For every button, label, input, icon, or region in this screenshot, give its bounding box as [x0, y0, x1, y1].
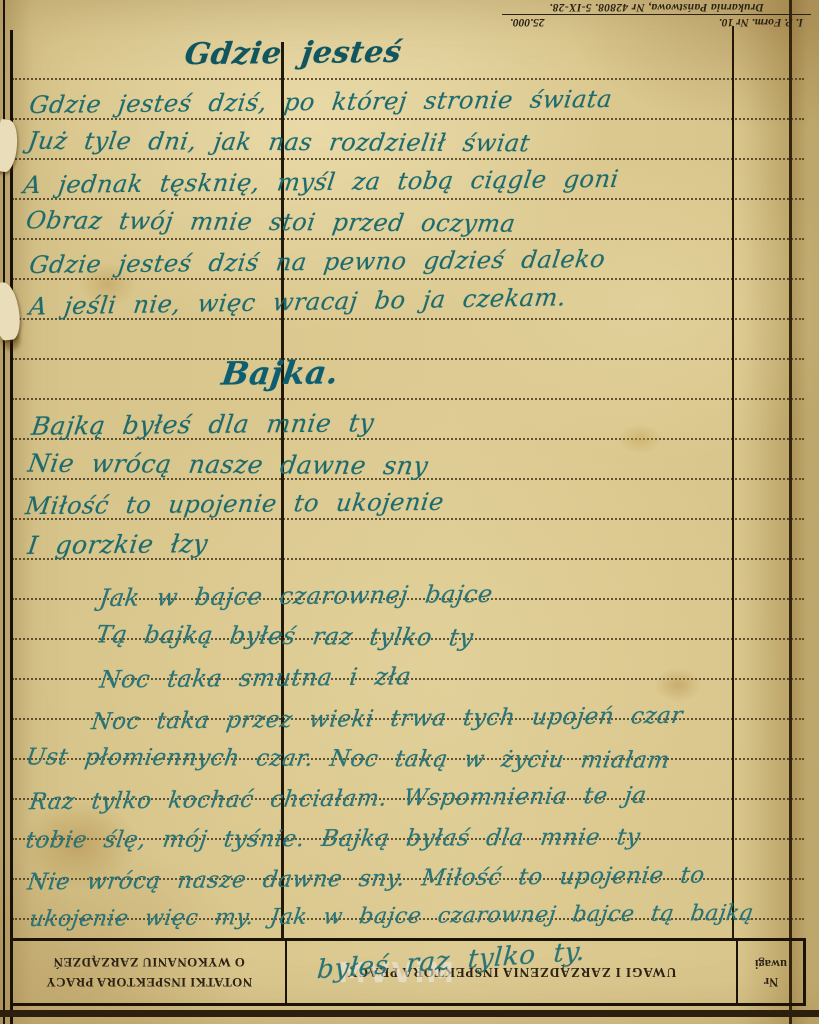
- poem-line: Ust płomiennych czar. Noc taką w życiu m…: [24, 744, 671, 773]
- poem-line: I gorzkie łzy: [26, 529, 210, 560]
- poem-line: Gdzie jesteś dziś na pewno gdzieś daleko: [28, 245, 607, 279]
- poem-line: A jednak tęsknię, myśl za tobą ciągle go…: [22, 165, 621, 199]
- poem-line: Gdzie jesteś dziś, po której stronie świ…: [28, 85, 614, 119]
- ruled-line: [12, 78, 804, 80]
- poem-line: Miłość to upojenie to ukojenie: [24, 488, 446, 520]
- form-col-notes: NOTATKI INSPEKTORA PRACY O WYKONANIU ZAR…: [13, 941, 285, 1003]
- poem-line: ukojenie więc my. Jak w bajce czarownej …: [28, 901, 755, 932]
- poem-line: tobie ślę, mój tyśnie. Bajką byłaś dla m…: [24, 824, 642, 853]
- paper-stain: [655, 668, 701, 702]
- poem-line: Noc taka smutna i zła: [98, 662, 413, 693]
- poem-line: Już tyle dni, jak nas rozdzielił świat: [26, 127, 532, 158]
- poem-title-gdzie-jestes: Gdzie jesteś: [183, 35, 404, 72]
- imprint-divider: [502, 14, 811, 15]
- notebook-page-scan: I. P. Form. Nr 10. 25.000. Drukarnia Pań…: [0, 0, 819, 1024]
- ruled-line: [12, 358, 804, 360]
- poem-line: Tą bajką byłeś raz tylko ty: [94, 620, 475, 651]
- nr-col-label-line2: uwagi: [755, 955, 787, 973]
- ruled-line: [12, 158, 804, 160]
- poem-line: A jeśli nie, więc wracaj bo ja czekam.: [28, 283, 568, 320]
- page-edge-shade: [792, 0, 819, 1024]
- poem-line: Raz tylko kochać chciałam. Wspomnienia t…: [28, 783, 648, 815]
- poem-line: Nie wrócą nasze dawne sny: [26, 449, 430, 481]
- binding-inner-line: [10, 30, 13, 1024]
- ruled-line: [12, 198, 804, 200]
- poem-line: Nie wrócą nasze dawne sny. Miłość to upo…: [26, 862, 706, 895]
- ruled-line: [12, 118, 804, 120]
- ruled-line: [12, 278, 804, 280]
- page-bottom-edge: [0, 1010, 819, 1017]
- ruled-line: [12, 398, 804, 400]
- page-edge-line: [789, 0, 792, 1024]
- torn-paper-scrap: [0, 119, 21, 173]
- torn-paper-scrap: [0, 281, 22, 341]
- printer-imprint: I. P. Form. Nr 10. 25.000. Drukarnia Pań…: [500, 1, 813, 28]
- vertical-rule-right: [732, 26, 734, 938]
- poem-line: Jak w bajce czarownej bajce: [98, 580, 495, 612]
- notes-col-label-line2: O WYKONANIU ZARZĄDZEŃ: [46, 953, 252, 973]
- form-number: I. P. Form. Nr 10.: [719, 16, 803, 28]
- printer-name: Drukarnia Państwowa, Nr 42808. 5-IX-28.: [500, 1, 813, 13]
- notes-col-label-line1: NOTATKI INSPEKTORA PRACY: [46, 972, 252, 992]
- ruled-line: [12, 238, 804, 240]
- form-col-nr: Nr uwagi: [738, 941, 803, 1003]
- poem-line: Bajką byłeś dla mnie ty: [30, 408, 376, 441]
- poem-title-bajka: Bajka.: [219, 353, 341, 392]
- poem-line: Noc taka przez wieki trwa tych upojeń cz…: [90, 703, 685, 735]
- nr-col-label-line1: Nr: [755, 972, 787, 990]
- poem-line: Obraz twój mnie stoi przed oczyma: [24, 206, 517, 237]
- print-run: 25.000.: [510, 16, 545, 28]
